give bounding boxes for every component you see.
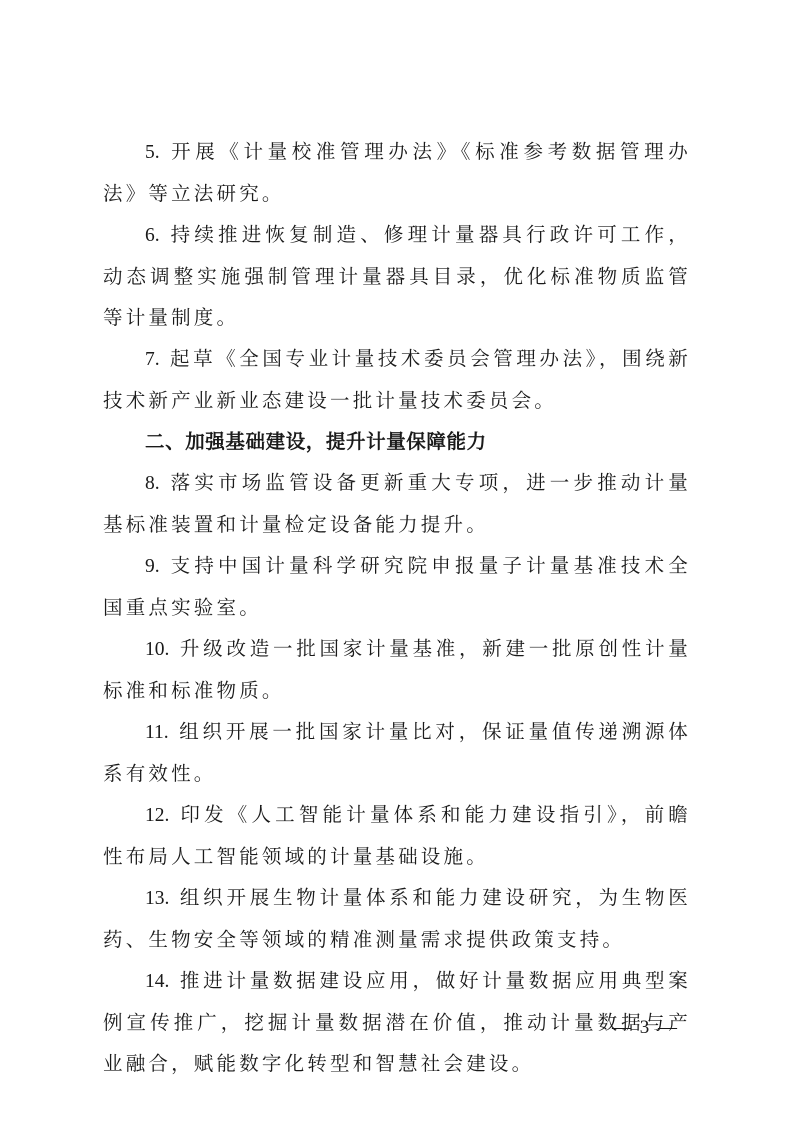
item-number: 13. [145, 888, 169, 909]
section-heading: 二、加强基础建设，提升计量保障能力 [103, 421, 691, 462]
list-item: 8.落实市场监管设备更新重大专项，进一步推动计量基标准装置和计量检定设备能力提升… [103, 462, 691, 545]
document-body: 5.开展《计量校准管理办法》《标准参考数据管理办法》等立法研究。 6.持续推进恢… [103, 131, 691, 1084]
item-text: 落实市场监管设备更新重大专项，进一步推动计量基标准装置和计量检定设备能力提升。 [103, 471, 691, 536]
list-item: 14.推进计量数据建设应用，做好计量数据应用典型案例宣传推广，挖掘计量数据潜在价… [103, 960, 691, 1084]
item-number: 7. [145, 349, 160, 370]
list-item: 6.持续推进恢复制造、修理计量器具行政许可工作，动态调整实施强制管理计量器具目录… [103, 214, 691, 338]
item-text: 组织开展生物计量体系和能力建设研究，为生物医药、生物安全等领域的精准测量需求提供… [103, 886, 691, 951]
item-text: 支持中国计量科学研究院申报量子计量基准技术全国重点实验室。 [103, 554, 691, 619]
item-text: 持续推进恢复制造、修理计量器具行政许可工作，动态调整实施强制管理计量器具目录，优… [103, 223, 691, 329]
list-item: 10.升级改造一批国家计量基准，新建一批原创性计量标准和标准物质。 [103, 628, 691, 711]
item-text: 开展《计量校准管理办法》《标准参考数据管理办法》等立法研究。 [103, 140, 691, 205]
item-number: 9. [145, 556, 160, 577]
item-number: 11. [145, 722, 169, 743]
page-number: — 3 — [612, 1017, 679, 1039]
item-text: 推进计量数据建设应用，做好计量数据应用典型案例宣传推广，挖掘计量数据潜在价值，推… [103, 969, 691, 1075]
item-text: 升级改造一批国家计量基准，新建一批原创性计量标准和标准物质。 [103, 637, 691, 702]
item-text: 组织开展一批国家计量比对，保证量值传递溯源体系有效性。 [103, 720, 691, 785]
item-number: 5. [145, 142, 160, 163]
item-text: 起草《全国专业计量技术委员会管理办法》，围绕新技术新产业新业态建设一批计量技术委… [103, 347, 691, 412]
item-number: 10. [145, 639, 169, 660]
list-item: 9.支持中国计量科学研究院申报量子计量基准技术全国重点实验室。 [103, 545, 691, 628]
list-item: 5.开展《计量校准管理办法》《标准参考数据管理办法》等立法研究。 [103, 131, 691, 214]
list-item: 12.印发《人工智能计量体系和能力建设指引》，前瞻性布局人工智能领域的计量基础设… [103, 794, 691, 877]
list-item: 7.起草《全国专业计量技术委员会管理办法》，围绕新技术新产业新业态建设一批计量技… [103, 338, 691, 421]
item-number: 8. [145, 473, 160, 494]
item-number: 14. [145, 971, 169, 992]
item-number: 12. [145, 805, 169, 826]
item-text: 印发《人工智能计量体系和能力建设指引》，前瞻性布局人工智能领域的计量基础设施。 [103, 803, 691, 868]
item-number: 6. [145, 225, 160, 246]
list-item: 13.组织开展生物计量体系和能力建设研究，为生物医药、生物安全等领域的精准测量需… [103, 877, 691, 960]
list-item: 11.组织开展一批国家计量比对，保证量值传递溯源体系有效性。 [103, 711, 691, 794]
